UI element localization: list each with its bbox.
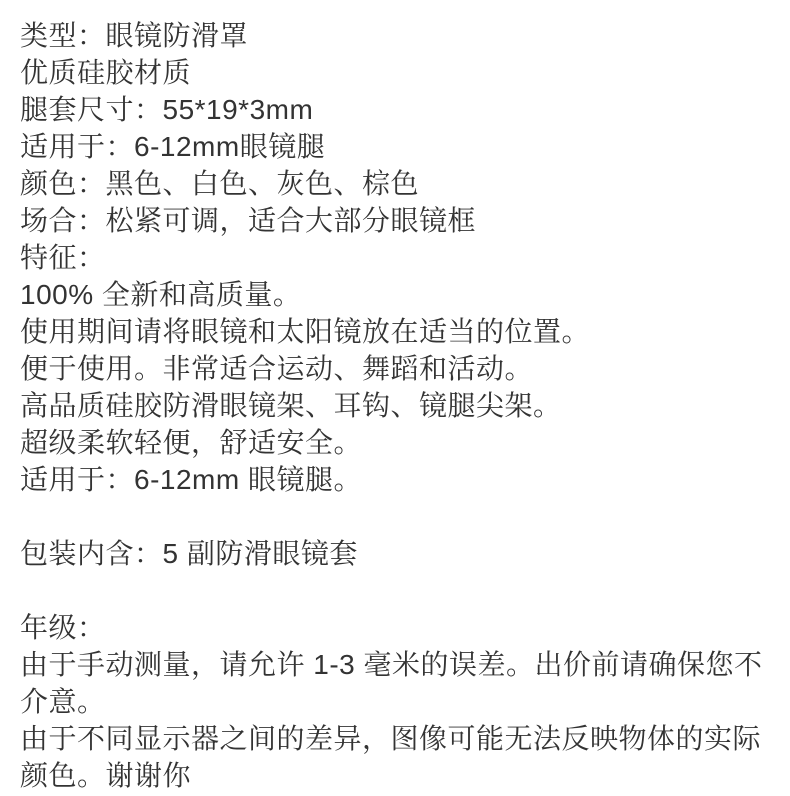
- text-line-size: 腿套尺寸：55*19*3mm: [20, 91, 778, 128]
- text-line-type: 类型：眼镜防滑罩: [20, 17, 778, 54]
- text-line-feature-1: 100% 全新和高质量。: [20, 276, 778, 313]
- text-line-note-1b: 介意。: [20, 683, 778, 720]
- text-line-feature-3: 便于使用。非常适合运动、舞蹈和活动。: [20, 350, 778, 387]
- text-line-note-2b: 颜色。谢谢你: [20, 757, 778, 794]
- text-line-feature-6: 适用于：6-12mm 眼镜腿。: [20, 461, 778, 498]
- text-line-note-2a: 由于不同显示器之间的差异，图像可能无法反映物体的实际: [20, 720, 778, 757]
- text-line-note-1a: 由于手动测量，请允许 1-3 毫米的误差。出价前请确保您不: [20, 646, 778, 683]
- text-line-note-heading: 年级：: [20, 609, 778, 646]
- text-line-features-heading: 特征：: [20, 239, 778, 276]
- text-line-material: 优质硅胶材质: [20, 54, 778, 91]
- text-line-feature-5: 超级柔软轻便，舒适安全。: [20, 424, 778, 461]
- blank-line: [20, 498, 778, 535]
- text-line-feature-2: 使用期间请将眼镜和太阳镜放在适当的位置。: [20, 313, 778, 350]
- blank-line: [20, 572, 778, 609]
- text-line-occasion: 场合：松紧可调，适合大部分眼镜框: [20, 202, 778, 239]
- text-line-colors: 颜色：黑色、白色、灰色、棕色: [20, 165, 778, 202]
- text-line-package: 包装内含：5 副防滑眼镜套: [20, 535, 778, 572]
- text-line-feature-4: 高品质硅胶防滑眼镜架、耳钩、镜腿尖架。: [20, 387, 778, 424]
- text-line-fits: 适用于：6-12mm眼镜腿: [20, 128, 778, 165]
- product-description-document: 类型：眼镜防滑罩 优质硅胶材质 腿套尺寸：55*19*3mm 适用于：6-12m…: [0, 0, 790, 796]
